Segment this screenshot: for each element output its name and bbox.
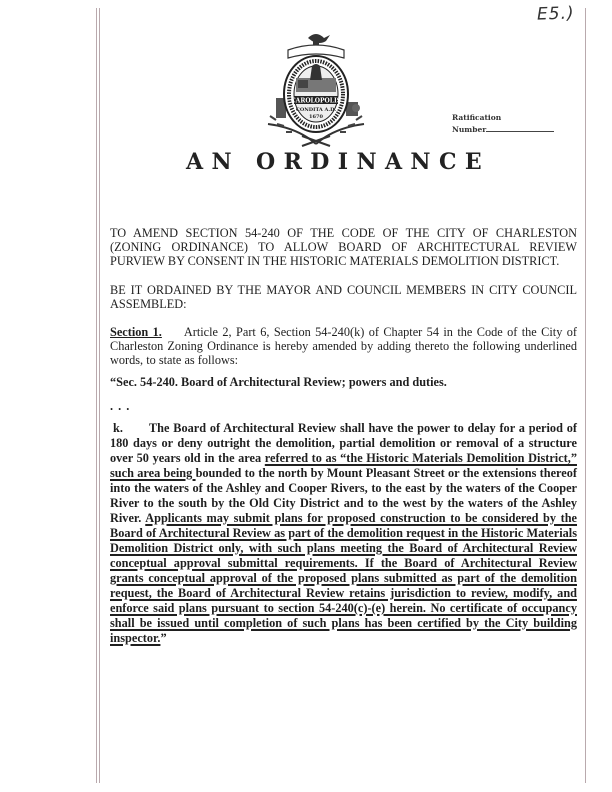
- svg-text:CONDITA A.D.: CONDITA A.D.: [296, 107, 336, 113]
- left-margin-line-inner: [99, 8, 100, 783]
- enacting-clause: BE IT ORDAINED BY THE MAYOR AND COUNCIL …: [110, 283, 577, 311]
- section-1-heading: Section 1.: [110, 325, 162, 339]
- handwritten-exhibit-label: E5.): [537, 3, 575, 24]
- code-section-heading: “Sec. 54-240. Board of Architectural Rev…: [110, 375, 577, 389]
- svg-text:1670: 1670: [309, 114, 323, 120]
- ellipsis: . . .: [110, 399, 577, 413]
- left-margin-line: [96, 8, 97, 783]
- closing-quote: ”: [160, 631, 166, 645]
- subsection-k-label: k.: [113, 421, 123, 435]
- subsection-k-paragraph: k.The Board of Architectural Review shal…: [110, 421, 577, 646]
- subsection-k-amendment-2: Applicants may submit plans for proposed…: [110, 511, 577, 645]
- svg-text:CAROLOPOLIS: CAROLOPOLIS: [291, 98, 341, 105]
- ratification-number-field: Ratification Number: [452, 113, 554, 135]
- ratification-number-blank: [486, 123, 554, 132]
- number-label: Number: [452, 125, 486, 134]
- section-1-text: Article 2, Part 6, Section 54-240(k) of …: [110, 325, 577, 367]
- ordinance-purpose: TO AMEND SECTION 54-240 OF THE CODE OF T…: [110, 226, 577, 268]
- right-margin-line: [585, 8, 586, 783]
- document-title: AN ORDINANCE: [186, 149, 490, 175]
- section-1-paragraph: Section 1.Article 2, Part 6, Section 54-…: [110, 325, 577, 367]
- city-seal-icon: CAROLOPOLIS CONDITA A.D. 1670: [258, 28, 374, 150]
- ratification-label: Ratification: [452, 113, 554, 123]
